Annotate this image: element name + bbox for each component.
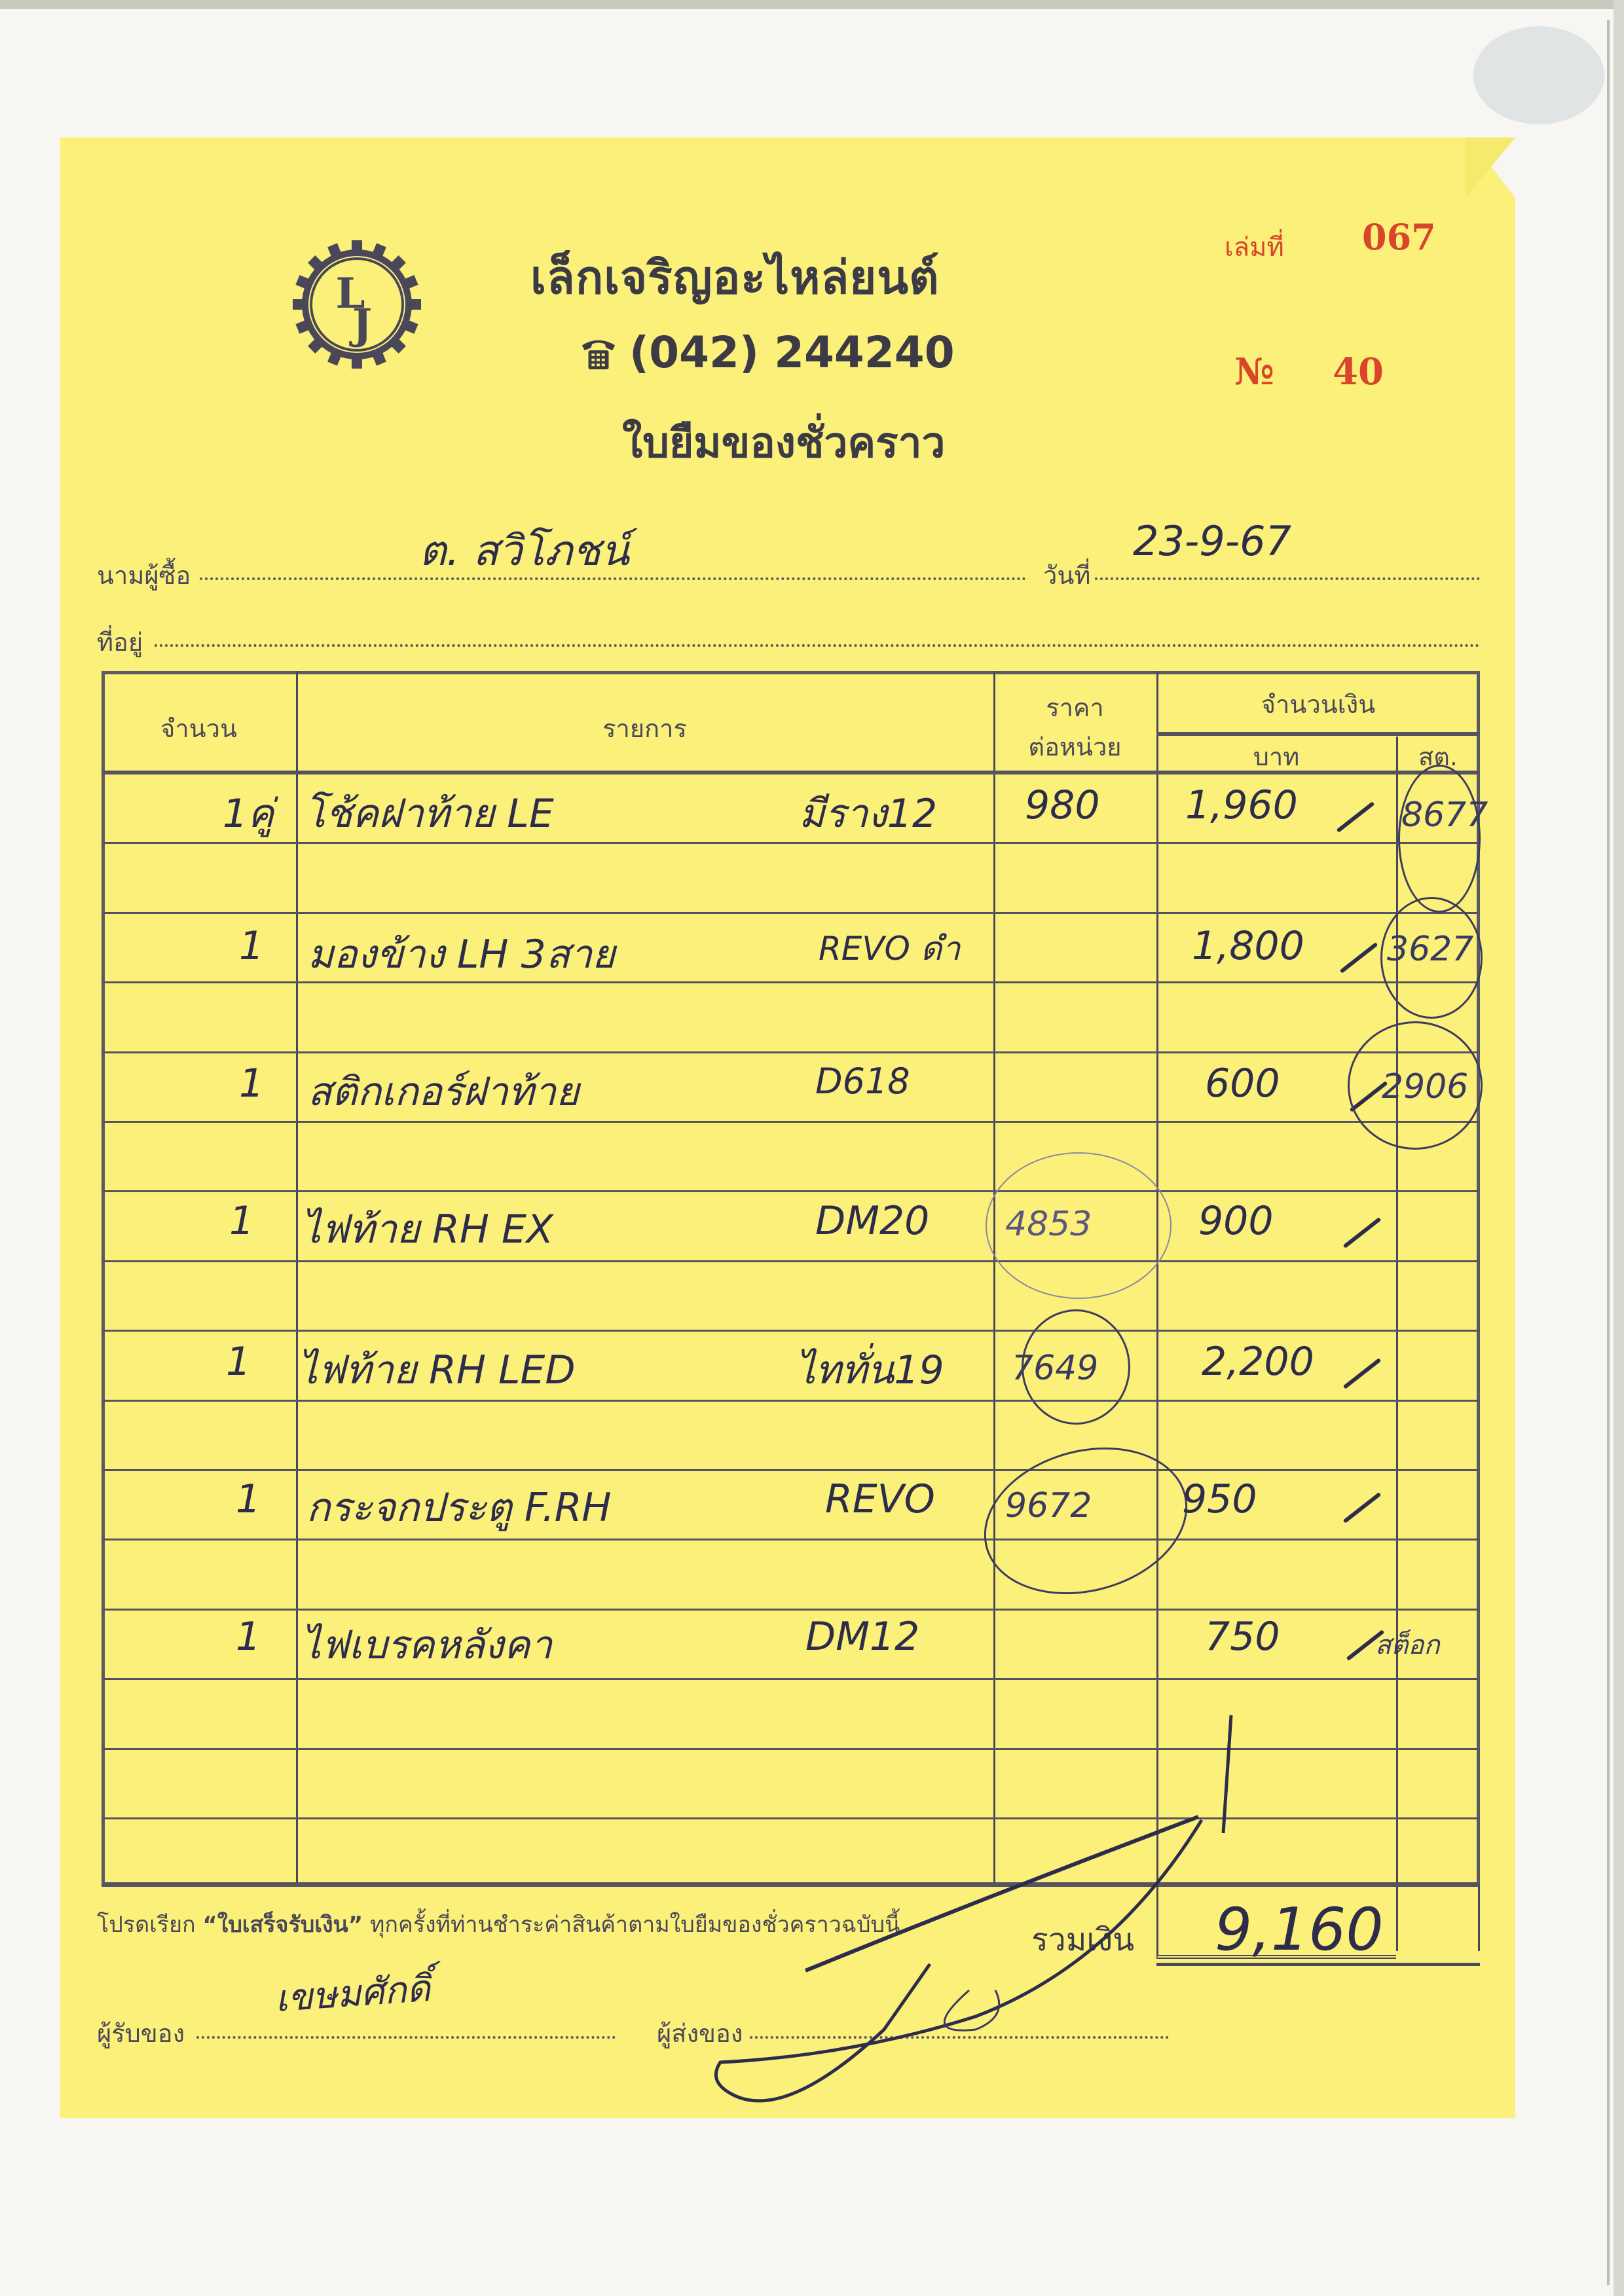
row1-unit-price[interactable]: 980: [1025, 782, 1100, 828]
row3-qty[interactable]: 1: [239, 1061, 264, 1106]
row1-note: 8677: [1401, 795, 1488, 835]
header-baht: บาท: [1156, 737, 1396, 776]
address-label: ที่อยู่: [97, 622, 143, 662]
row2-qty[interactable]: 1: [239, 923, 264, 969]
row1-qty[interactable]: 1คู่: [223, 782, 274, 845]
row2-note: 3627: [1387, 930, 1473, 969]
shop-name: เล็กเจริญอะไหล่ยนต์: [530, 241, 940, 314]
row2-amount[interactable]: 1,800: [1192, 923, 1304, 969]
folded-corner: [1466, 137, 1515, 198]
row3-amount[interactable]: 600: [1205, 1061, 1280, 1106]
total-value[interactable]: 9,160: [1215, 1895, 1384, 1964]
col-divider: [1396, 737, 1398, 1886]
row1-amount[interactable]: 1,960: [1185, 782, 1298, 828]
row1-item[interactable]: โช้คฝาท้าย LE: [304, 782, 554, 845]
row5-model[interactable]: ไททั่น19: [796, 1339, 944, 1401]
header-qty: จำนวน: [101, 708, 296, 748]
date-label: วันที่: [1043, 555, 1090, 595]
header-amount: จำนวนเงิน: [1156, 684, 1480, 724]
buyer-label: นามผู้ซื้อ: [97, 555, 191, 595]
sender-line[interactable]: [750, 2036, 1169, 2039]
row5-item[interactable]: ไฟท้าย RH LED: [298, 1339, 576, 1401]
receiver-signature: เขษมศักดิ์: [273, 1959, 432, 2028]
header-description: รายการ: [296, 708, 993, 748]
phone-number-line: (042) 244240: [580, 327, 955, 378]
row7-amount[interactable]: 750: [1205, 1614, 1280, 1660]
row7-qty[interactable]: 1: [236, 1614, 261, 1660]
row2-model[interactable]: REVO ดำ: [819, 923, 960, 975]
row6-qty[interactable]: 1: [236, 1476, 261, 1522]
row6-item[interactable]: กระจกประตู F.RH: [306, 1476, 612, 1539]
row7-note: สต็อก: [1375, 1624, 1440, 1666]
row4-amount[interactable]: 900: [1198, 1198, 1274, 1244]
row7-model[interactable]: DM12: [805, 1614, 919, 1660]
buyer-name[interactable]: ต. สวิโภชน์: [419, 517, 629, 584]
row3-note: 2906: [1382, 1067, 1468, 1106]
row6-model[interactable]: REVO: [825, 1476, 935, 1522]
header-unit-price-2: ต่อหน่วย: [993, 727, 1156, 767]
scanner-edge-line: [1607, 20, 1610, 2285]
receiver-label: ผู้รับของ: [97, 2013, 185, 2053]
circle-annotation: [1398, 765, 1481, 913]
row3-model[interactable]: D618: [815, 1061, 910, 1102]
gear-logo-icon: L J: [291, 239, 422, 370]
scanner-edge-top: [0, 0, 1624, 9]
row6-amount[interactable]: 950: [1182, 1476, 1257, 1522]
phone-number: (042) 244240: [629, 327, 955, 378]
book-number: 067: [1362, 216, 1436, 258]
col-divider: [296, 671, 298, 1886]
address-line[interactable]: [155, 644, 1480, 647]
payment-reminder: โปรดเรียก “ใบเสร็จรับเงิน” ทุกครั้งที่ท่…: [97, 1906, 900, 1942]
col-divider: [1156, 671, 1158, 1886]
document-number: 40: [1333, 350, 1384, 393]
date-value[interactable]: 23-9-67: [1133, 517, 1291, 565]
row2-item[interactable]: มองข้าง LH 3สาย: [308, 923, 615, 985]
scan-smudge: [1473, 26, 1604, 124]
book-label: เล่มที่: [1225, 226, 1284, 268]
reminder-suffix: ทุกครั้งที่ท่านชำระค่าสินค้าตามใบยืมของช…: [370, 1912, 900, 1938]
header-subdivider: [1156, 732, 1480, 736]
row5-qty[interactable]: 1: [226, 1339, 251, 1385]
reminder-emphasis: “ใบเสร็จรับเงิน”: [202, 1912, 363, 1938]
row5-price-note: 7649: [1012, 1349, 1098, 1388]
row4-qty[interactable]: 1: [229, 1198, 254, 1244]
row4-model[interactable]: DM20: [815, 1198, 929, 1244]
sender-label: ผู้ส่งของ: [657, 2013, 743, 2053]
document-title: ใบยืมของชั่วคราว: [622, 409, 945, 476]
number-label: №: [1234, 350, 1274, 393]
items-table: [101, 671, 1480, 1886]
svg-text:J: J: [349, 300, 372, 349]
total-satang-box: [1396, 1886, 1480, 1951]
row6-price-note: 9672: [1005, 1486, 1092, 1525]
col-divider: [993, 671, 995, 1886]
row1-model[interactable]: มีราง12: [799, 782, 937, 845]
row7-item[interactable]: ไฟเบรคหลังคา: [301, 1614, 552, 1676]
date-line: [1095, 577, 1480, 580]
header-unit-price-1: ราคา: [993, 687, 1156, 727]
receiver-line[interactable]: [196, 2036, 616, 2039]
scanner-edge-right: [1614, 0, 1624, 2296]
row4-price-note: 4853: [1005, 1205, 1092, 1244]
telephone-icon: [580, 334, 618, 372]
reminder-prefix: โปรดเรียก: [97, 1912, 196, 1938]
total-label: รวมเงิน: [1031, 1915, 1134, 1965]
row5-amount[interactable]: 2,200: [1202, 1339, 1314, 1385]
row4-item[interactable]: ไฟท้าย RH EX: [301, 1198, 553, 1260]
row3-item[interactable]: สติกเกอร์ฝาท้าย: [308, 1061, 579, 1123]
